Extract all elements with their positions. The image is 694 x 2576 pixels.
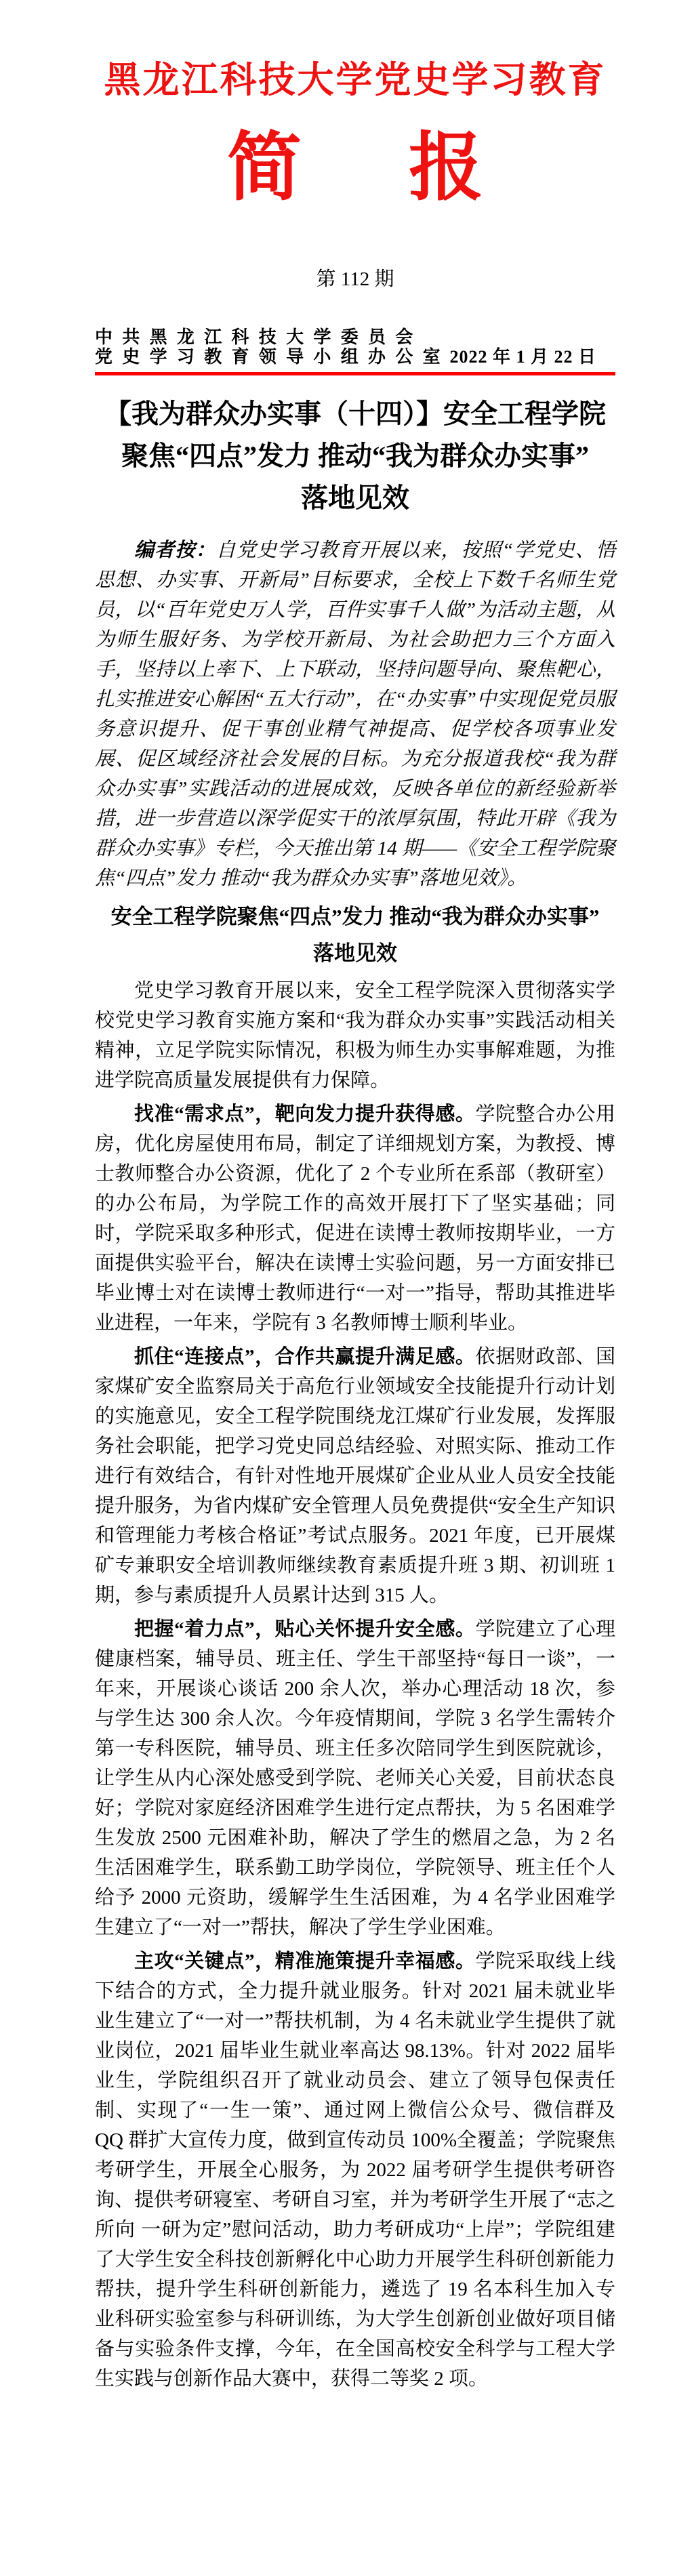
headline-line-3: 落地见效 [95, 477, 615, 519]
bulletin-page: 黑龙江科技大学党史学习教育 简 报 第 112 期 中共黑龙江科技大学委员会 党… [0, 0, 694, 2576]
body-paragraph-1: 党史学习教育开展以来，安全工程学院深入贯彻落实学校党史学习教育实施方案和“我为群… [95, 972, 615, 1095]
paragraph-1-text: 党史学习教育开展以来，安全工程学院深入贯彻落实学校党史学习教育实施方案和“我为群… [95, 980, 615, 1091]
paragraph-5-text: 学院采取线上线下结合的方式，全力提升就业服务。针对 2021 届未就业毕业生建立… [95, 1950, 615, 2390]
masthead-org-title: 黑龙江科技大学党史学习教育 [95, 0, 615, 102]
paragraph-5-lead: 主攻“关键点”，精准施策提升幸福感。 [134, 1950, 475, 1972]
headline-line-2: 聚焦“四点”发力 推动“我为群众办实事” [95, 435, 615, 477]
paragraph-4-lead: 把握“着力点”，贴心关怀提升安全感。 [134, 1618, 475, 1640]
paragraph-3-lead: 抓住“连接点”，合作共赢提升满足感。 [134, 1346, 475, 1368]
paragraph-3-text: 依据财政部、国家煤矿安全监察局关于高危行业领域安全技能提升行动计划的实施意见，安… [95, 1346, 615, 1606]
editor-note-text: 自党史学习教育开展以来，按照“学党史、悟思想、办实事、开新局”目标要求，全校上下… [95, 539, 615, 889]
publisher-block: 中共黑龙江科技大学委员会 党史学习教育领导小组办公室 2022 年 1 月 22… [95, 327, 615, 367]
bulletin-title-char-1: 简 [227, 131, 302, 205]
body-paragraph-2: 找准“需求点”，靶向发力提升获得感。学院整合办公用房，优化房屋使用布局，制定了详… [95, 1095, 615, 1338]
masthead-bulletin-title: 简 报 [95, 131, 615, 205]
publisher-line-1: 中共黑龙江科技大学委员会 [95, 327, 615, 347]
article-headline: 【我为群众办实事（十四）】安全工程学院 聚焦“四点”发力 推动“我为群众办实事”… [95, 393, 615, 519]
editor-note: 编者按：自党史学习教育开展以来，按照“学党史、悟思想、办实事、开新局”目标要求，… [95, 535, 615, 893]
editor-note-label: 编者按： [134, 539, 216, 561]
body-paragraph-5: 主攻“关键点”，精准施策提升幸福感。学院采取线上线下结合的方式，全力提升就业服务… [95, 1942, 615, 2394]
headline-line-1: 【我为群众办实事（十四）】安全工程学院 [95, 393, 615, 435]
bulletin-title-char-2: 报 [409, 131, 483, 205]
subtitle-line-2: 落地见效 [95, 935, 615, 972]
subtitle-line-1: 安全工程学院聚焦“四点”发力 推动“我为群众办实事” [95, 899, 615, 935]
body-paragraph-4: 把握“着力点”，贴心关怀提升安全感。学院建立了心理健康档案，辅导员、班主任、学生… [95, 1610, 615, 1942]
paragraph-4-text: 学院建立了心理健康档案，辅导员、班主任、学生干部坚持“每日一谈”，一年来，开展谈… [95, 1618, 615, 1938]
issue-number: 第 112 期 [95, 268, 615, 291]
masthead-divider-rule [95, 372, 615, 375]
article-subtitle: 安全工程学院聚焦“四点”发力 推动“我为群众办实事” 落地见效 [95, 899, 615, 972]
paragraph-2-text: 学院整合办公用房，优化房屋使用布局，制定了详细规划方案，为教授、博士教师整合办公… [95, 1103, 615, 1334]
page-content: 黑龙江科技大学党史学习教育 简 报 第 112 期 中共黑龙江科技大学委员会 党… [95, 0, 615, 2394]
paragraph-2-lead: 找准“需求点”，靶向发力提升获得感。 [134, 1103, 475, 1125]
issue-date: 2022 年 1 月 22 日 [449, 347, 596, 367]
body-paragraph-3: 抓住“连接点”，合作共赢提升满足感。依据财政部、国家煤矿安全监察局关于高危行业领… [95, 1338, 615, 1610]
